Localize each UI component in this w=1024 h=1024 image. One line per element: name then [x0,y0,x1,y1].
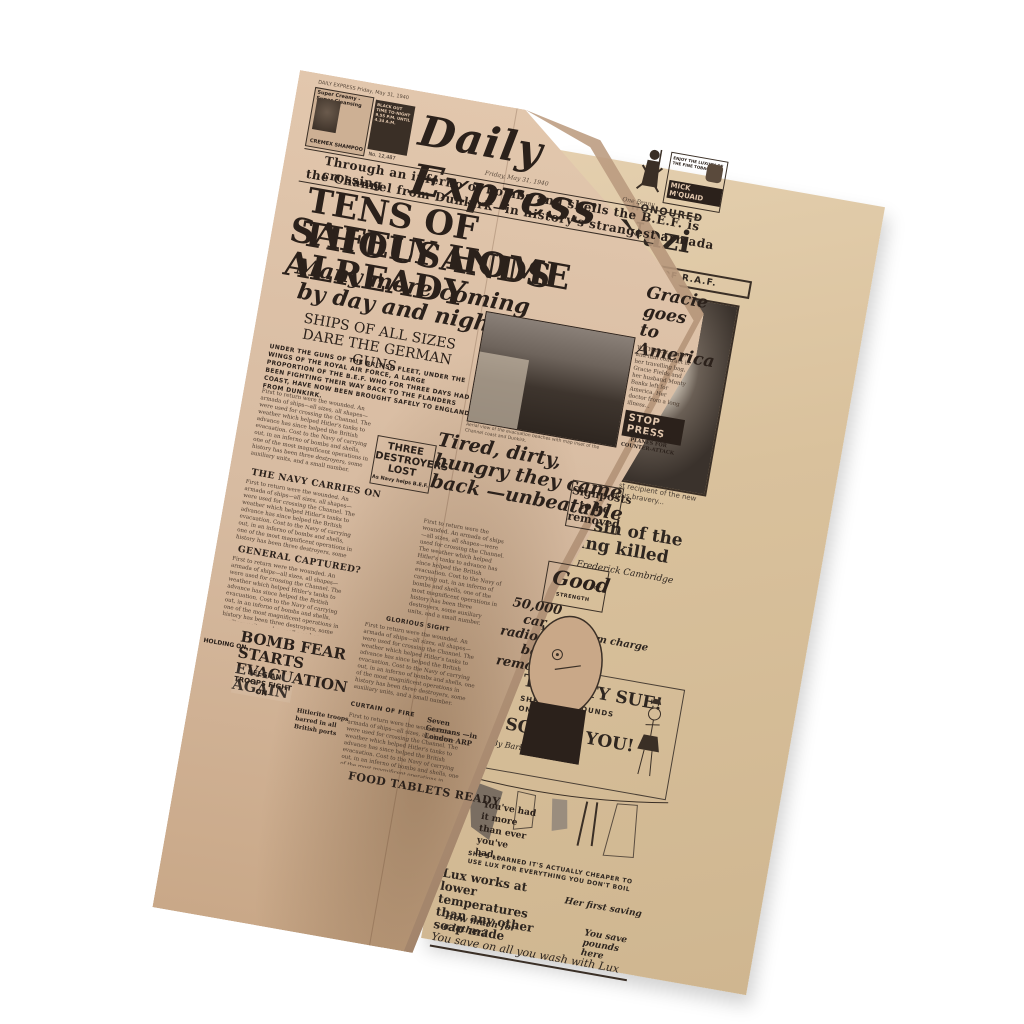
good-ad-for: for [591,584,601,592]
signposts-title: Signposts to be removed [567,484,623,531]
tobacco-ad: ENJOY THE LUXURY OF THE FINE TOBACCO MIC… [662,152,728,213]
tobacco-tin-icon [705,163,724,184]
tired-body: First to return were the wounded. An arm… [407,518,511,632]
shampoo-ad-image [312,97,341,133]
good-ad-tagline: You've had it more than ever you've had.… [474,799,544,869]
product-photo: HONOURED e Nazi STRENGTH OF R.A.F. A RAK… [0,0,1024,1024]
three-destroyers-box: THREE DESTROYERS LOST As Navy helps B.E.… [369,435,437,494]
blackout-box: BLACK OUT TIME TO-NIGHT 9.55 P.M. UNTIL … [367,100,415,156]
shampoo-ad: Super Creamy - Super Cleansing CREMEX SH… [305,87,375,157]
tobacco-brand: MICK M'QUAID [666,180,722,207]
channel-map-inset [468,352,529,430]
glorious-body: First to return were the wounded. An arm… [352,622,483,718]
signposts-box: Signposts to be removed [565,480,624,535]
gracie-body: WITH a cat, smile and film contract in h… [627,345,693,416]
